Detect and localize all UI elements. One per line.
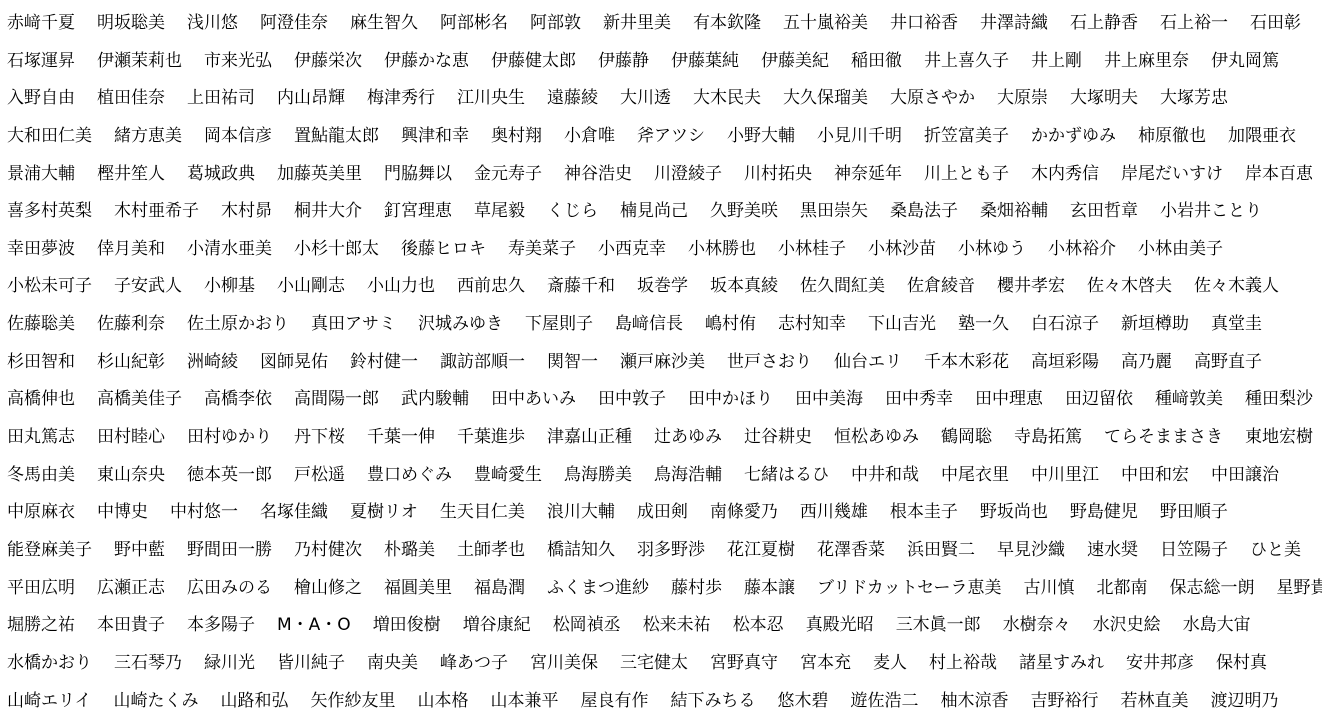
person-name: ふくまつ進紗 [547,570,649,608]
person-name: 野島健児 [1070,494,1138,532]
person-name: 伊藤美紀 [761,43,829,81]
person-name: 志村知幸 [778,306,846,344]
person-name: 宮野真守 [710,645,778,683]
person-name: 花澤香菜 [817,532,885,570]
person-name: 檜山修之 [294,570,362,608]
person-name: 本田貴子 [97,607,165,645]
person-name: 葛城政典 [187,156,255,194]
name-row: 入野自由植田佳奈上田祐司内山昂輝梅津秀行江川央生遠藤綾大川透大木民夫大久保瑠美大… [7,80,1318,118]
person-name: 鈴村健一 [350,344,418,382]
person-name: 日笠陽子 [1160,532,1228,570]
person-name: 神奈延年 [834,156,902,194]
name-row: 水橋かおり三石琴乃緑川光皆川純子南央美峰あつ子宮川美保三宅健太宮野真守宮本充麦人… [7,645,1318,683]
person-name: 門脇舞以 [384,156,452,194]
person-name: かかずゆみ [1031,118,1116,156]
person-name: 入野自由 [7,80,75,118]
person-name: 広瀬正志 [97,570,165,608]
person-name: 本多陽子 [187,607,255,645]
person-name: 中村悠一 [170,494,238,532]
person-name: 小清水亜美 [187,231,272,269]
person-name: 上田祐司 [187,80,255,118]
person-name: 福島潤 [474,570,525,608]
person-name: くじら [547,193,598,231]
person-name: 小倉唯 [564,118,615,156]
person-name: 堀勝之祐 [7,607,75,645]
person-name: 大木民夫 [693,80,761,118]
person-name: 能登麻美子 [7,532,92,570]
person-name: 小林沙苗 [868,231,936,269]
name-row: 佐藤聡美佐藤利奈佐土原かおり真田アサミ沢城みゆき下屋則子島﨑信長嶋村侑志村知幸下… [7,306,1318,344]
person-name: 桐井大介 [294,193,362,231]
person-name: 山本兼平 [491,683,559,721]
person-name: 仙台エリ [834,344,902,382]
person-name: 小野大輔 [727,118,795,156]
person-name: 吉野裕行 [1031,683,1099,721]
person-name: 奥村翔 [491,118,542,156]
person-name: 坂本真綾 [710,268,778,306]
person-name: 稲田徹 [851,43,902,81]
person-name: 諏訪部順一 [440,344,525,382]
person-name: 千葉一伸 [367,419,435,457]
person-name: 大塚芳忠 [1160,80,1228,118]
person-name: 新井里美 [603,5,671,43]
person-name: 後藤ヒロキ [401,231,486,269]
person-name: 水樹奈々 [1003,607,1071,645]
person-name: 名塚佳織 [260,494,328,532]
person-name: 玄田哲章 [1070,193,1138,231]
person-name: 中博史 [97,494,148,532]
person-name: 緑川光 [204,645,255,683]
person-name: 高橋伸也 [7,381,75,419]
person-name: 高橋李依 [204,381,272,419]
person-name: 大和田仁美 [7,118,92,156]
person-name: 広田みのる [187,570,272,608]
person-name: 田村睦心 [97,419,165,457]
person-name: 東山奈央 [97,457,165,495]
person-name: 石田彰 [1250,5,1301,43]
person-name: 小林ゆう [958,231,1026,269]
person-name: 増谷康紀 [463,607,531,645]
person-name: 田中美海 [795,381,863,419]
person-name: 藤村歩 [671,570,722,608]
person-name: 辻あゆみ [654,419,722,457]
person-name: 高乃麗 [1121,344,1172,382]
person-name: 幸田夢波 [7,231,75,269]
person-name: 中川里江 [1031,457,1099,495]
person-name: 田中かほり [688,381,773,419]
person-name: 種田梨沙 [1245,381,1313,419]
name-row: 田丸篤志田村睦心田村ゆかり丹下桜千葉一伸千葉進歩津嘉山正種辻あゆみ辻谷耕史恒松あ… [7,419,1318,457]
person-name: 悠木碧 [778,683,829,721]
person-name: 小山力也 [367,268,435,306]
person-name: 黒田崇矢 [800,193,868,231]
person-name: 保村真 [1216,645,1267,683]
person-name: 嶋村侑 [705,306,756,344]
person-name: 小見川千明 [817,118,902,156]
person-name: 屋良有作 [581,683,649,721]
person-name: 小西克幸 [598,231,666,269]
person-name: 植田佳奈 [97,80,165,118]
person-name: 小杉十郎太 [294,231,379,269]
person-name: 神谷浩史 [564,156,632,194]
person-name: 南條愛乃 [710,494,778,532]
person-name: 水島大宙 [1183,607,1251,645]
person-name: 北都南 [1096,570,1147,608]
person-name: 冬馬由美 [7,457,75,495]
person-name: 朴璐美 [384,532,435,570]
person-name: 安井邦彦 [1126,645,1194,683]
person-name: 増田俊樹 [373,607,441,645]
person-name: 真殿光昭 [806,607,874,645]
person-name: 恒松あゆみ [834,419,919,457]
person-name: 高垣彩陽 [1031,344,1099,382]
person-name: 井上剛 [1031,43,1082,81]
person-name: 佐藤利奈 [97,306,165,344]
person-name: 遊佐浩二 [851,683,919,721]
person-name: 千葉進歩 [457,419,525,457]
person-name: 中尾衣里 [941,457,1009,495]
name-row: 高橋伸也高橋美佳子高橋李依高間陽一郎武内駿輔田中あいみ田中敦子田中かほり田中美海… [7,381,1318,419]
name-row: 石塚運昇伊瀬茉莉也市来光弘伊藤栄次伊藤かな恵伊藤健太郎伊藤静伊藤葉純伊藤美紀稲田… [7,43,1318,81]
person-name: 若林直美 [1121,683,1189,721]
person-name: 小林由美子 [1138,231,1223,269]
person-name: 木村昴 [221,193,272,231]
person-name: 丹下桜 [294,419,345,457]
person-name: 遠藤綾 [547,80,598,118]
person-name: 岸本百恵 [1245,156,1313,194]
person-name: 小柳基 [204,268,255,306]
person-name: 田村ゆかり [187,419,272,457]
person-name: 古川慎 [1023,570,1074,608]
person-name: 子安武人 [114,268,182,306]
person-name: 江川央生 [457,80,525,118]
person-name: 倖月美和 [97,231,165,269]
person-name: 田中あいみ [491,381,576,419]
person-name: 加藤英美里 [277,156,362,194]
person-name: 高橋美佳子 [97,381,182,419]
person-name: 小林桂子 [778,231,846,269]
person-name: 山崎エリイ [7,683,92,721]
person-name: 羽多野渉 [637,532,705,570]
person-name: 真堂圭 [1211,306,1262,344]
person-name: 緒方恵美 [114,118,182,156]
person-name: てらそままさき [1104,419,1223,457]
person-name: 伊瀬茉莉也 [97,43,182,81]
person-name: 中井和哉 [851,457,919,495]
person-name: 野坂尚也 [980,494,1048,532]
person-name: 豊崎愛生 [474,457,542,495]
person-name: 夏樹リオ [350,494,418,532]
person-name: 中田譲治 [1211,457,1279,495]
person-name: 福圓美里 [384,570,452,608]
person-name: 高野直子 [1194,344,1262,382]
person-name: 瀬戸麻沙美 [620,344,705,382]
person-name: 津嘉山正種 [547,419,632,457]
person-name: 麦人 [873,645,907,683]
person-name: 村上裕哉 [929,645,997,683]
person-name: 伊藤葉純 [671,43,739,81]
person-name: 東地宏樹 [1245,419,1313,457]
person-name: 真田アサミ [311,306,396,344]
person-name: 草尾毅 [474,193,525,231]
person-name: 阿部敦 [530,5,581,43]
person-name: 斧アツシ [637,118,705,156]
person-name: 高間陽一郎 [294,381,379,419]
name-row: 小松未可子子安武人小柳基小山剛志小山力也西前忠久斎藤千和坂巻学坂本真綾佐久間紅美… [7,268,1318,306]
person-name: 市来光弘 [204,43,272,81]
person-name: 赤﨑千夏 [7,5,75,43]
person-name: 内山昂輝 [277,80,345,118]
person-name: 根本圭子 [890,494,958,532]
name-row: 冬馬由美東山奈央徳本英一郎戸松遥豊口めぐみ豊崎愛生鳥海勝美鳥海浩輔七緒はるひ中井… [7,457,1318,495]
person-name: 中田和宏 [1121,457,1189,495]
person-name: 星野貴紀 [1276,570,1322,608]
person-name: 阿部彬名 [440,5,508,43]
name-row: 喜多村英梨木村亜希子木村昴桐井大介釘宮理恵草尾毅くじら楠見尚己久野美咲黒田崇矢桑… [7,193,1318,231]
person-name: 七緒はるひ [744,457,829,495]
person-name: ブリドカットセーラ恵美 [817,570,1001,608]
person-name: 武内駿輔 [401,381,469,419]
person-name: 島﨑信長 [615,306,683,344]
person-name: 生天目仁美 [440,494,525,532]
person-name: 石上静香 [1070,5,1138,43]
person-name: 野中藍 [114,532,165,570]
person-name: 下山吉光 [868,306,936,344]
person-name: 楠見尚己 [620,193,688,231]
person-name: 伊藤栄次 [294,43,362,81]
person-name: ひと美 [1250,532,1301,570]
person-name: 塾一久 [958,306,1009,344]
person-name: 西前忠久 [457,268,525,306]
person-name: 戸松遥 [294,457,345,495]
person-name: 鳥海勝美 [564,457,632,495]
person-name: 桑島法子 [890,193,958,231]
person-name: 田丸篤志 [7,419,75,457]
person-name: 世戸さおり [727,344,812,382]
person-name: 宮本充 [800,645,851,683]
person-name: 小林勝也 [688,231,756,269]
person-name: 田中理恵 [975,381,1043,419]
person-name: 洲崎綾 [187,344,238,382]
person-name: 大川透 [620,80,671,118]
person-name: 田辺留依 [1065,381,1133,419]
person-name: 山崎たくみ [114,683,199,721]
name-list: 赤﨑千夏明坂聡美浅川悠阿澄佳奈麻生智久阿部彬名阿部敦新井里美有本欽隆五十嵐裕美井… [0,0,1322,720]
person-name: 平田広明 [7,570,75,608]
person-name: 阿澄佳奈 [260,5,328,43]
person-name: 山路和弘 [221,683,289,721]
person-name: 麻生智久 [350,5,418,43]
name-row: 堀勝之祐本田貴子本多陽子M・A・O増田俊樹増谷康紀松岡禎丞松来未祐松本忍真殿光昭… [7,607,1318,645]
person-name: 大塚明夫 [1070,80,1138,118]
person-name: 折笠富美子 [924,118,1009,156]
person-name: 三宅健太 [620,645,688,683]
person-name: 柿原徹也 [1138,118,1206,156]
person-name: 佐倉綾音 [907,268,975,306]
person-name: 保志総一朗 [1169,570,1254,608]
person-name: 佐々木義人 [1194,268,1279,306]
name-row: 大和田仁美緒方恵美岡本信彦置鮎龍太郎興津和幸奥村翔小倉唯斧アツシ小野大輔小見川千… [7,118,1318,156]
person-name: 明坂聡美 [97,5,165,43]
person-name: 川村拓央 [744,156,812,194]
person-name: 石上裕一 [1160,5,1228,43]
person-name: 金元寿子 [474,156,542,194]
person-name: 図師晃佑 [260,344,328,382]
person-name: 野田順子 [1160,494,1228,532]
person-name: 有本欽隆 [693,5,761,43]
person-name: 松本忍 [733,607,784,645]
person-name: 豊口めぐみ [367,457,452,495]
name-row: 景浦大輔樫井笙人葛城政典加藤英美里門脇舞以金元寿子神谷浩史川澄綾子川村拓央神奈延… [7,156,1318,194]
person-name: 川上とも子 [924,156,1009,194]
person-name: 梅津秀行 [367,80,435,118]
person-name: 千本木彩花 [924,344,1009,382]
person-name: 乃村健次 [294,532,362,570]
person-name: 釘宮理恵 [384,193,452,231]
person-name: 伊藤健太郎 [491,43,576,81]
person-name: 井澤詩織 [980,5,1048,43]
person-name: 佐土原かおり [187,306,289,344]
person-name: 川澄綾子 [654,156,722,194]
person-name: 五十嵐裕美 [783,5,868,43]
person-name: 新垣樽助 [1121,306,1189,344]
person-name: 速水奨 [1087,532,1138,570]
person-name: 置鮎龍太郎 [294,118,379,156]
person-name: 坂巻学 [637,268,688,306]
person-name: 山本格 [418,683,469,721]
person-name: 景浦大輔 [7,156,75,194]
person-name: 鳥海浩輔 [654,457,722,495]
person-name: 井口裕香 [890,5,958,43]
person-name: 喜多村英梨 [7,193,92,231]
person-name: 杉田智和 [7,344,75,382]
person-name: 櫻井孝宏 [997,268,1065,306]
person-name: 早見沙織 [997,532,1065,570]
person-name: 成田剣 [637,494,688,532]
person-name: 浜田賢二 [907,532,975,570]
person-name: 大久保瑠美 [783,80,868,118]
person-name: 久野美咲 [710,193,778,231]
person-name: 松来未祐 [643,607,711,645]
person-name: 樫井笙人 [97,156,165,194]
person-name: 佐々木啓夫 [1087,268,1172,306]
person-name: 藤本譲 [744,570,795,608]
person-name: 伊藤静 [598,43,649,81]
name-row: 山崎エリイ山崎たくみ山路和弘矢作紗友里山本格山本兼平屋良有作結下みちる悠木碧遊佐… [7,683,1318,721]
person-name: 諸星すみれ [1019,645,1104,683]
person-name: 田中敦子 [598,381,666,419]
person-name: 井上喜久子 [924,43,1009,81]
person-name: 小山剛志 [277,268,345,306]
person-name: 寿美菜子 [508,231,576,269]
person-name: 岡本信彦 [204,118,272,156]
person-name: 柚木涼香 [941,683,1009,721]
person-name: 水沢史絵 [1093,607,1161,645]
person-name: 鶴岡聡 [941,419,992,457]
person-name: 寺島拓篤 [1014,419,1082,457]
person-name: 渡辺明乃 [1211,683,1279,721]
person-name: 木内秀信 [1031,156,1099,194]
person-name: 佐藤聡美 [7,306,75,344]
person-name: 小林裕介 [1048,231,1116,269]
person-name: 石塚運昇 [7,43,75,81]
person-name: 田中秀幸 [885,381,953,419]
person-name: 南央美 [367,645,418,683]
person-name: 辻谷耕史 [744,419,812,457]
name-row: 中原麻衣中博史中村悠一名塚佳織夏樹リオ生天目仁美浪川大輔成田剣南條愛乃西川幾雄根… [7,494,1318,532]
person-name: 木村亜希子 [114,193,199,231]
person-name: 井上麻里奈 [1104,43,1189,81]
person-name: M・A・O [277,607,351,645]
person-name: 花江夏樹 [727,532,795,570]
person-name: 橋詰知久 [547,532,615,570]
person-name: 結下みちる [671,683,756,721]
person-name: 関智一 [547,344,598,382]
person-name: 小松未可子 [7,268,92,306]
name-row: 赤﨑千夏明坂聡美浅川悠阿澄佳奈麻生智久阿部彬名阿部敦新井里美有本欽隆五十嵐裕美井… [7,5,1318,43]
person-name: 沢城みゆき [418,306,503,344]
person-name: 佐久間紅美 [800,268,885,306]
person-name: 浅川悠 [187,5,238,43]
person-name: 斎藤千和 [547,268,615,306]
person-name: 大原さやか [890,80,975,118]
person-name: 三木眞一郎 [896,607,981,645]
person-name: 岸尾だいすけ [1121,156,1223,194]
person-name: 加隈亜衣 [1228,118,1296,156]
person-name: 水橋かおり [7,645,92,683]
person-name: 伊丸岡篤 [1211,43,1279,81]
name-row: 能登麻美子野中藍野間田一勝乃村健次朴璐美土師孝也橋詰知久羽多野渉花江夏樹花澤香菜… [7,532,1318,570]
person-name: 杉山紀彰 [97,344,165,382]
person-name: 松岡禎丞 [553,607,621,645]
person-name: 峰あつ子 [440,645,508,683]
person-name: 下屋則子 [525,306,593,344]
person-name: 小岩井ことり [1160,193,1262,231]
person-name: 浪川大輔 [547,494,615,532]
person-name: 桑畑裕輔 [980,193,1048,231]
name-row: 杉田智和杉山紀彰洲崎綾図師晃佑鈴村健一諏訪部順一関智一瀬戸麻沙美世戸さおり仙台エ… [7,344,1318,382]
person-name: 種﨑敦美 [1155,381,1223,419]
person-name: 矢作紗友里 [311,683,396,721]
name-row: 平田広明広瀬正志広田みのる檜山修之福圓美里福島潤ふくまつ進紗藤村歩藤本譲ブリドカ… [7,570,1318,608]
person-name: 西川幾雄 [800,494,868,532]
person-name: 皆川純子 [277,645,345,683]
person-name: 伊藤かな恵 [384,43,469,81]
name-row: 幸田夢波倖月美和小清水亜美小杉十郎太後藤ヒロキ寿美菜子小西克幸小林勝也小林桂子小… [7,231,1318,269]
person-name: 宮川美保 [530,645,598,683]
person-name: 野間田一勝 [187,532,272,570]
person-name: 中原麻衣 [7,494,75,532]
person-name: 土師孝也 [457,532,525,570]
person-name: 大原崇 [997,80,1048,118]
person-name: 三石琴乃 [114,645,182,683]
person-name: 興津和幸 [401,118,469,156]
person-name: 白石涼子 [1031,306,1099,344]
person-name: 徳本英一郎 [187,457,272,495]
